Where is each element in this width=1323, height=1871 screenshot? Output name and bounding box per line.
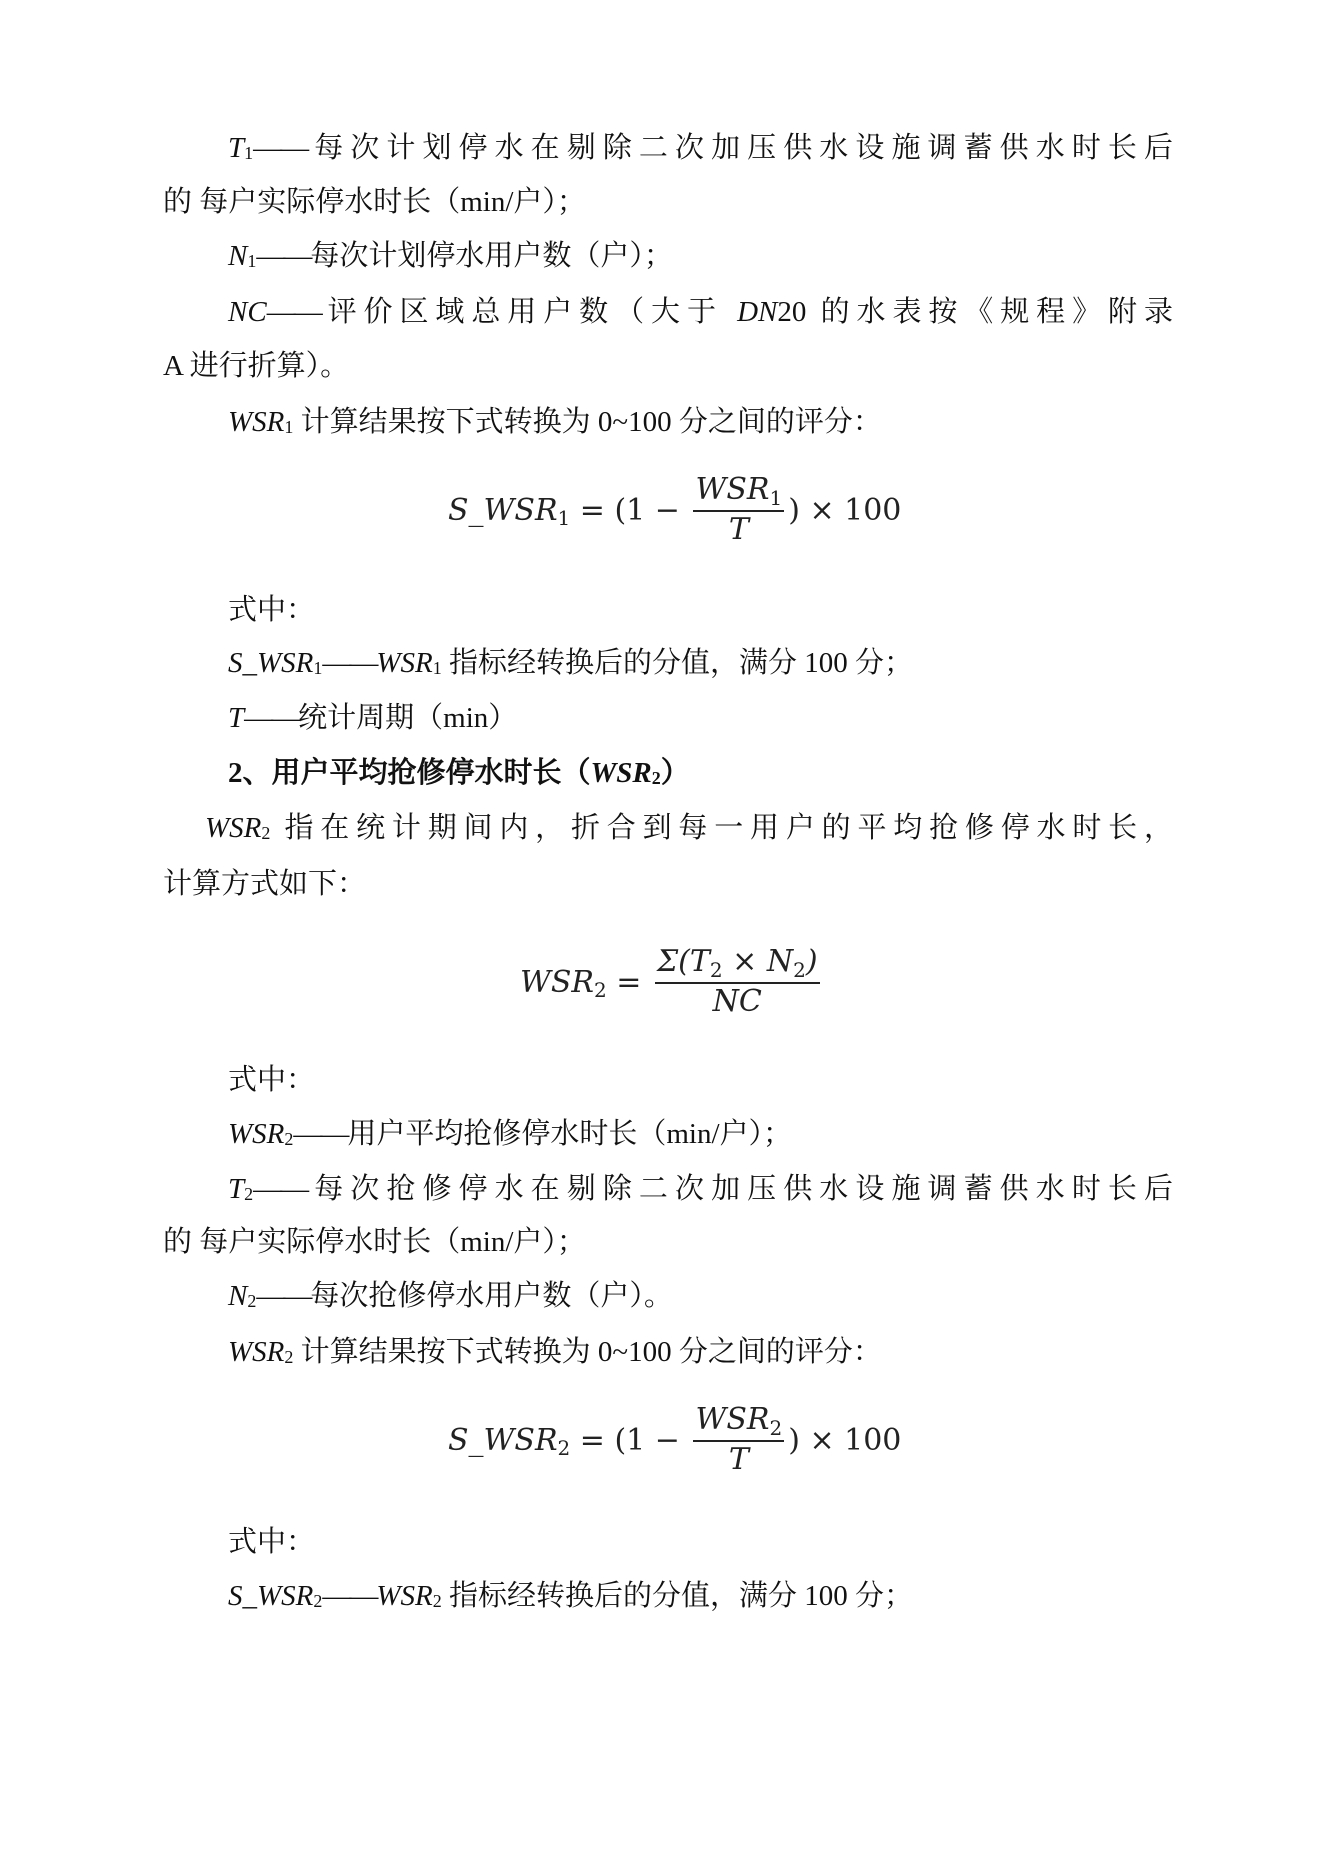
symbol-s-wsr: S_WSR bbox=[228, 1580, 313, 1612]
formula-subscript: 2 bbox=[558, 1436, 571, 1460]
fraction-numerator: Σ(T2 × N2) bbox=[655, 944, 820, 982]
subscript: 2 bbox=[261, 823, 270, 843]
fraction-denominator: NC bbox=[711, 984, 764, 1020]
em-dash: —— bbox=[256, 240, 310, 272]
definition-text: 统计周期（min） bbox=[298, 702, 517, 734]
symbol-t: T bbox=[228, 1173, 244, 1205]
numerator-symbol: WSR bbox=[695, 1402, 769, 1437]
em-dash: —— bbox=[253, 1173, 307, 1205]
subscript: 2 bbox=[244, 1184, 253, 1204]
symbol-t: T bbox=[228, 702, 244, 734]
em-dash: —— bbox=[322, 1580, 376, 1612]
symbol-wsr: WSR bbox=[376, 647, 432, 679]
fraction-denominator: T bbox=[727, 512, 751, 548]
nc-definition-line1: NC——评价区域总用户数（大于 DN20 的水表按《规程》附录 bbox=[228, 292, 1173, 332]
numerator-sum: Σ(T bbox=[657, 944, 710, 979]
paragraph-text: 计算结果按下式转换为 0~100 分之间的评分： bbox=[293, 406, 881, 438]
formula-tail: ) × 100 bbox=[788, 1423, 901, 1458]
subscript: 2 bbox=[433, 1591, 442, 1611]
em-dash: —— bbox=[322, 647, 376, 679]
em-dash: —— bbox=[293, 1118, 347, 1150]
fraction: WSR1 T bbox=[693, 472, 784, 548]
definition-text: 每次计划停水在剔除二次加压供水设施调蓄供水时长后 bbox=[307, 132, 1173, 164]
definition-text: 指标经转换后的分值，满分 100 分； bbox=[442, 1580, 913, 1612]
definition-text: 每次计划停水用户数（户）； bbox=[310, 240, 673, 272]
s-wsr2-definition: S_WSR2——WSR2 指标经转换后的分值，满分 100 分； bbox=[228, 1576, 1173, 1619]
em-dash: —— bbox=[253, 132, 307, 164]
paragraph-text: 指在统计期间内，折合到每一用户的平均抢修停水时长， bbox=[270, 812, 1173, 844]
formula-subscript: 2 bbox=[594, 978, 607, 1002]
definition-text: A 进行折算）。 bbox=[163, 350, 349, 382]
symbol-n: N bbox=[228, 240, 247, 272]
formula-lhs: S_WSR bbox=[448, 493, 558, 528]
symbol-wsr: WSR bbox=[228, 1118, 284, 1150]
subscript: 2 bbox=[247, 1291, 256, 1311]
symbol-nc: NC bbox=[228, 296, 267, 328]
where-text: 式中： bbox=[228, 594, 315, 626]
subscript: 1 bbox=[433, 658, 442, 678]
paragraph-text: 计算方式如下： bbox=[163, 868, 366, 900]
symbol-t: T bbox=[228, 132, 244, 164]
where-text: 式中： bbox=[228, 1064, 315, 1096]
subscript: 2 bbox=[652, 768, 661, 788]
numerator-times: × N bbox=[723, 944, 793, 979]
subscript: 2 bbox=[313, 1591, 322, 1611]
wsr1-conversion-intro: WSR1 计算结果按下式转换为 0~100 分之间的评分： bbox=[228, 402, 1173, 445]
symbol-wsr: WSR bbox=[205, 812, 261, 844]
numerator-subscript: 1 bbox=[769, 486, 782, 510]
formula-lhs: S_WSR bbox=[448, 1423, 558, 1458]
symbol-s-wsr: S_WSR bbox=[228, 647, 313, 679]
subscript: 1 bbox=[313, 658, 322, 678]
heading-text: 2、用户平均抢修停水时长（ bbox=[228, 757, 591, 789]
formula-s-wsr1: S_WSR1 = (1 − WSR1 T ) × 100 bbox=[448, 472, 901, 548]
fraction: Σ(T2 × N2) NC bbox=[655, 944, 820, 1020]
symbol-wsr: WSR bbox=[591, 757, 652, 789]
symbol-dn: DN bbox=[737, 296, 777, 328]
numerator-subscript: 2 bbox=[710, 958, 723, 982]
definition-text: 指标经转换后的分值，满分 100 分； bbox=[442, 647, 913, 679]
t-definition: T——统计周期（min） bbox=[228, 698, 1173, 738]
subscript: 1 bbox=[247, 251, 256, 271]
symbol-wsr: WSR bbox=[228, 406, 284, 438]
t2-definition-line2: 的 每户实际停水时长（min/户）； bbox=[163, 1222, 1173, 1262]
n1-definition: N1——每次计划停水用户数（户）； bbox=[228, 236, 1173, 279]
subscript: 1 bbox=[284, 417, 293, 437]
formula-subscript: 1 bbox=[558, 506, 571, 530]
where-label: 式中： bbox=[228, 590, 1173, 630]
wsr2-description-line2: 计算方式如下： bbox=[163, 864, 1173, 904]
numerator-subscript: 2 bbox=[793, 958, 806, 982]
document-page: T1——每次计划停水在剔除二次加压供水设施调蓄供水时长后 的 每户实际停水时长（… bbox=[0, 0, 1323, 1871]
em-dash: —— bbox=[256, 1280, 310, 1312]
symbol-wsr: WSR bbox=[228, 1336, 284, 1368]
section-heading-2: 2、用户平均抢修停水时长（WSR2） bbox=[228, 753, 1173, 796]
fraction-numerator: WSR1 bbox=[693, 472, 784, 510]
fraction-denominator: T bbox=[727, 1442, 751, 1478]
formula-operator: = (1 − bbox=[570, 493, 689, 528]
symbol-wsr: WSR bbox=[376, 1580, 432, 1612]
paragraph-text: 计算结果按下式转换为 0~100 分之间的评分： bbox=[293, 1336, 881, 1368]
where-label: 式中： bbox=[228, 1060, 1173, 1100]
nc-definition-line2: A 进行折算）。 bbox=[163, 346, 1173, 386]
formula-lhs: WSR bbox=[520, 965, 594, 1000]
n2-definition: N2——每次抢修停水用户数（户）。 bbox=[228, 1276, 1173, 1319]
fraction-numerator: WSR2 bbox=[693, 1402, 784, 1440]
definition-text: 的 每户实际停水时长（min/户）； bbox=[163, 186, 586, 218]
subscript: 1 bbox=[244, 143, 253, 163]
subscript: 2 bbox=[284, 1347, 293, 1367]
numerator-symbol: WSR bbox=[695, 472, 769, 507]
numerator-close: ) bbox=[806, 944, 818, 979]
formula-tail: ) × 100 bbox=[788, 493, 901, 528]
wsr2-description-line1: WSR2 指在统计期间内，折合到每一用户的平均抢修停水时长， bbox=[205, 808, 1173, 851]
definition-text: 用户平均抢修停水时长（min/户）； bbox=[347, 1118, 792, 1150]
definition-text: 评价区域总用户数（大于 bbox=[321, 296, 737, 328]
t1-definition-line2: 的 每户实际停水时长（min/户）； bbox=[163, 182, 1173, 222]
definition-text: 20 的水表按《规程》附录 bbox=[777, 296, 1173, 328]
wsr2-conversion-intro: WSR2 计算结果按下式转换为 0~100 分之间的评分： bbox=[228, 1332, 1173, 1375]
definition-text: 的 每户实际停水时长（min/户）； bbox=[163, 1226, 586, 1258]
formula-operator: = (1 − bbox=[570, 1423, 689, 1458]
subscript: 2 bbox=[284, 1129, 293, 1149]
definition-text: 每次抢修停水用户数（户）。 bbox=[310, 1280, 673, 1312]
heading-text: ） bbox=[661, 757, 690, 789]
where-text: 式中： bbox=[228, 1526, 315, 1558]
where-label: 式中： bbox=[228, 1522, 1173, 1562]
formula-wsr2: WSR2 = Σ(T2 × N2) NC bbox=[520, 944, 824, 1020]
t1-definition-line1: T1——每次计划停水在剔除二次加压供水设施调蓄供水时长后 bbox=[228, 128, 1173, 171]
wsr2-definition: WSR2——用户平均抢修停水时长（min/户）； bbox=[228, 1114, 1173, 1157]
t2-definition-line1: T2——每次抢修停水在剔除二次加压供水设施调蓄供水时长后 bbox=[228, 1169, 1173, 1212]
em-dash: —— bbox=[244, 702, 298, 734]
fraction: WSR2 T bbox=[693, 1402, 784, 1478]
definition-text: 每次抢修停水在剔除二次加压供水设施调蓄供水时长后 bbox=[307, 1173, 1173, 1205]
s-wsr1-definition: S_WSR1——WSR1 指标经转换后的分值，满分 100 分； bbox=[228, 643, 1173, 686]
numerator-subscript: 2 bbox=[769, 1416, 782, 1440]
formula-operator: = bbox=[607, 965, 651, 1000]
symbol-n: N bbox=[228, 1280, 247, 1312]
formula-s-wsr2: S_WSR2 = (1 − WSR2 T ) × 100 bbox=[448, 1402, 901, 1478]
em-dash: —— bbox=[267, 296, 321, 328]
